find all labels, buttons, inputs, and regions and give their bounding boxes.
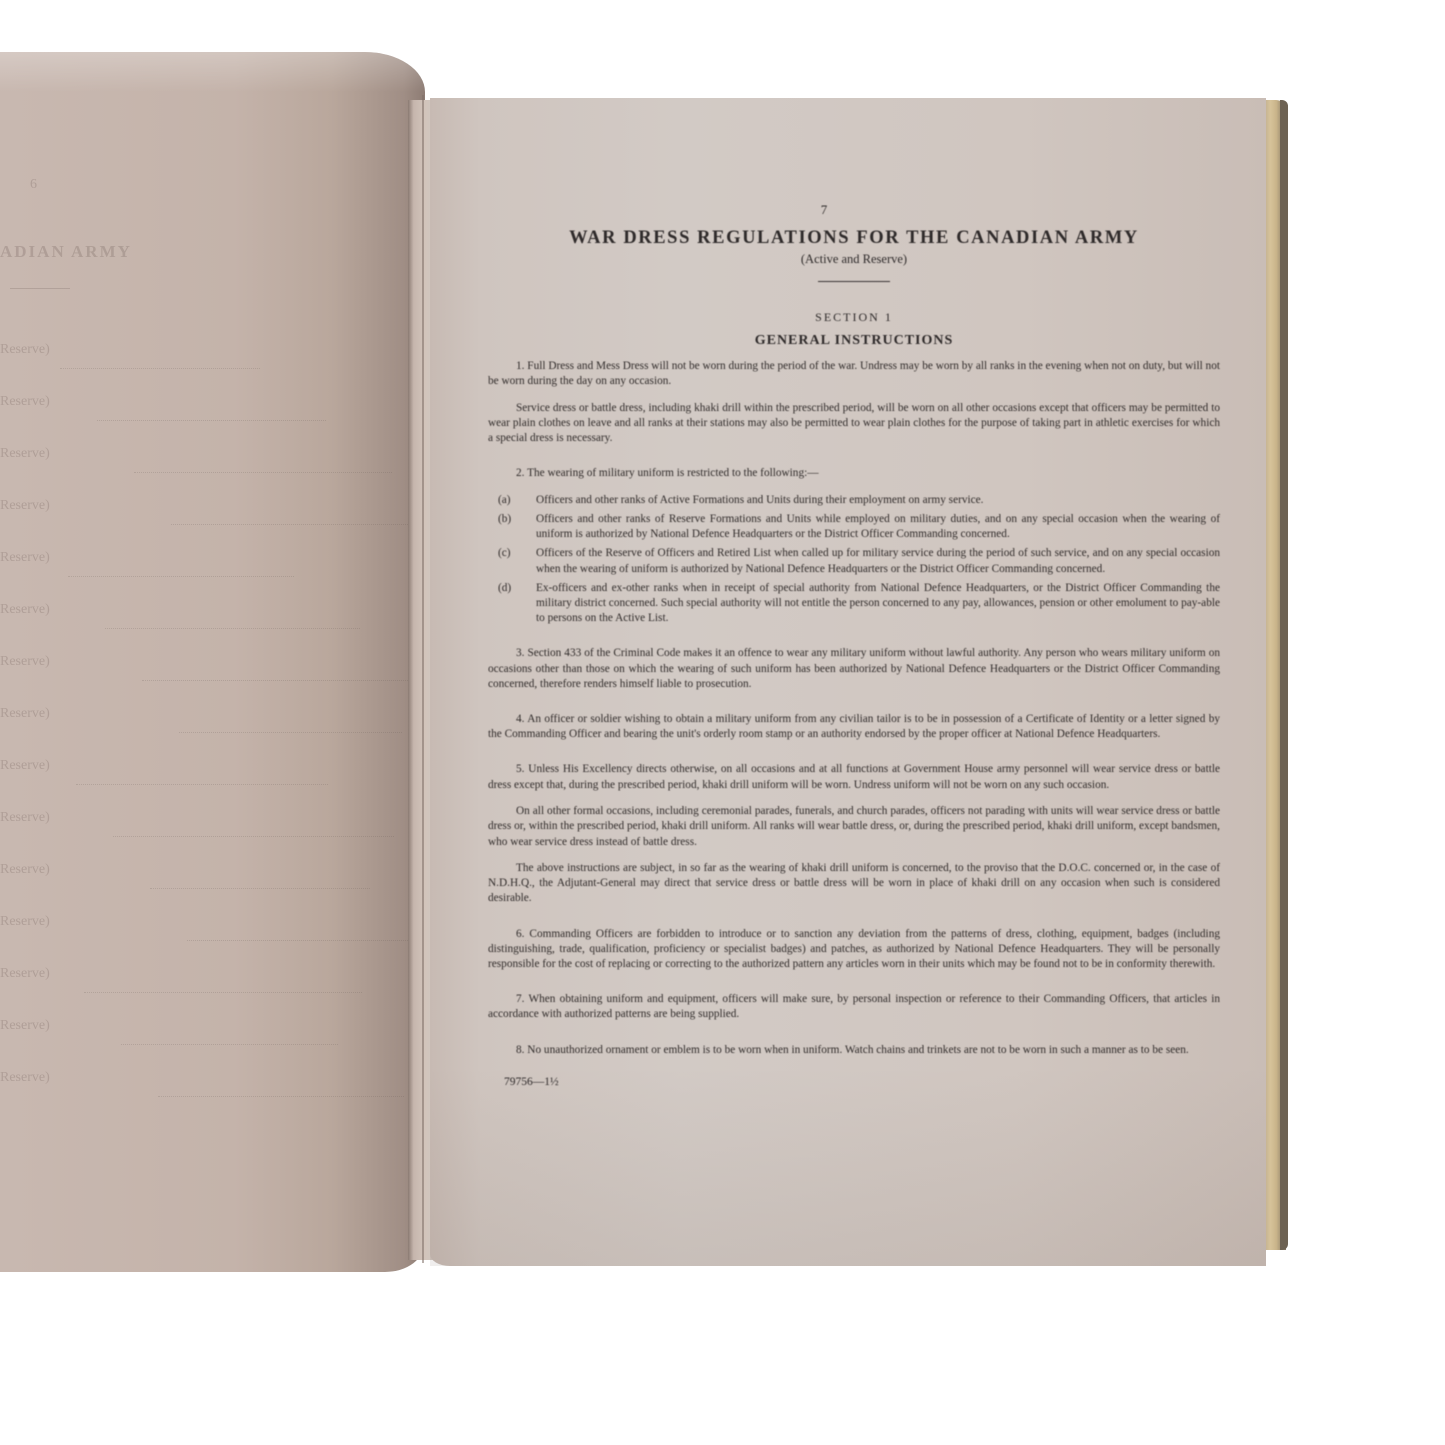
left-page-leader-dots <box>134 472 392 474</box>
left-page-leader-dots <box>60 368 260 370</box>
paragraph-1: 1. Full Dress and Mess Dress will not be… <box>488 359 1220 389</box>
list-marker: (b) <box>488 512 524 542</box>
left-page-entry: Reserve) <box>0 810 50 826</box>
paragraph-8: 8. No unauthorized ornament or emblem is… <box>488 1043 1220 1058</box>
left-page-leader-dots <box>76 784 328 786</box>
left-page-leader-dots <box>97 420 326 422</box>
paragraph-4: 4. An officer or soldier wishing to obta… <box>488 712 1220 742</box>
paragraph-2: 2. The wearing of military uniform is re… <box>488 466 1220 481</box>
section-title: GENERAL INSTRUCTIONS <box>488 333 1220 349</box>
page-number: 7 <box>428 202 1220 218</box>
left-page: 6 ADIAN ARMY Reserve)Reserve)Reserve)Res… <box>0 52 425 1272</box>
left-page-entry: Reserve) <box>0 602 50 618</box>
list-marker: (c) <box>488 546 524 576</box>
paragraph-5b: On all other formal occasions, including… <box>488 804 1220 850</box>
left-page-entry: Reserve) <box>0 862 50 878</box>
left-page-heading: ADIAN ARMY <box>0 242 132 262</box>
left-page-entry: Reserve) <box>0 966 50 982</box>
left-page-entry: Reserve) <box>0 706 50 722</box>
left-page-leader-dots <box>158 1096 404 1098</box>
paragraph-6: 6. Commanding Officers are forbidden to … <box>488 927 1220 973</box>
title-rule <box>818 281 890 282</box>
paragraph-2-list: (a) Officers and other ranks of Active F… <box>488 493 1220 627</box>
document-title: WAR DRESS REGULATIONS FOR THE CANADIAN A… <box>488 228 1220 249</box>
printer-code: 79756—1½ <box>488 1076 1220 1088</box>
left-heading-rule <box>10 288 70 289</box>
left-page-entry: Reserve) <box>0 1070 50 1086</box>
list-item: (c) Officers of the Reserve of Officers … <box>488 546 1220 576</box>
paragraph-1b: Service dress or battle dress, including… <box>488 401 1220 447</box>
left-page-faded-text: 6 ADIAN ARMY Reserve)Reserve)Reserve)Res… <box>0 52 425 1272</box>
list-item: (d) Ex-officers and ex-other ranks when … <box>488 581 1220 627</box>
left-page-entry: Reserve) <box>0 498 50 514</box>
page-content: 7 WAR DRESS REGULATIONS FOR THE CANADIAN… <box>488 196 1220 1088</box>
left-page-entry: Reserve) <box>0 654 50 670</box>
left-page-leader-dots <box>105 628 360 630</box>
left-page-leader-dots <box>113 836 394 838</box>
left-page-leader-dots <box>68 576 294 578</box>
list-item: (b) Officers and other ranks of Reserve … <box>488 512 1220 542</box>
left-page-entry: Reserve) <box>0 758 50 774</box>
left-page-leader-dots <box>84 992 362 994</box>
left-page-leader-dots <box>121 1044 338 1046</box>
left-page-leader-dots <box>187 940 425 942</box>
left-page-number: 6 <box>30 177 37 193</box>
document-subtitle: (Active and Reserve) <box>488 252 1220 267</box>
list-text: Officers and other ranks of Active Forma… <box>524 493 1220 508</box>
list-text: Officers and other ranks of Reserve Form… <box>524 512 1220 542</box>
book-cover-spine-edge <box>1280 100 1288 1250</box>
left-page-entry: Reserve) <box>0 342 50 358</box>
list-text: Officers of the Reserve of Officers and … <box>524 546 1220 576</box>
left-page-entry: Reserve) <box>0 394 50 410</box>
list-marker: (d) <box>488 581 524 627</box>
right-page: 7 WAR DRESS REGULATIONS FOR THE CANADIAN… <box>430 98 1266 1266</box>
paragraph-5c: The above instructions are subject, in s… <box>488 861 1220 907</box>
list-item: (a) Officers and other ranks of Active F… <box>488 493 1220 508</box>
section-label: SECTION 1 <box>488 310 1220 325</box>
paragraph-3: 3. Section 433 of the Criminal Code make… <box>488 646 1220 692</box>
list-text: Ex-officers and ex-other ranks when in r… <box>524 581 1220 627</box>
paragraph-7: 7. When obtaining uniform and equipment,… <box>488 992 1220 1022</box>
left-page-entry: Reserve) <box>0 446 50 462</box>
left-page-entry: Reserve) <box>0 1018 50 1034</box>
left-page-leader-dots <box>171 524 425 526</box>
left-page-entry: Reserve) <box>0 914 50 930</box>
left-page-entry: Reserve) <box>0 550 50 566</box>
left-page-leader-dots <box>179 732 402 734</box>
gutter-shadow <box>422 95 424 1263</box>
list-marker: (a) <box>488 493 524 508</box>
left-page-leader-dots <box>150 888 370 890</box>
paragraph-5: 5. Unless His Excellency directs otherwi… <box>488 762 1220 792</box>
left-page-leader-dots <box>142 680 425 682</box>
